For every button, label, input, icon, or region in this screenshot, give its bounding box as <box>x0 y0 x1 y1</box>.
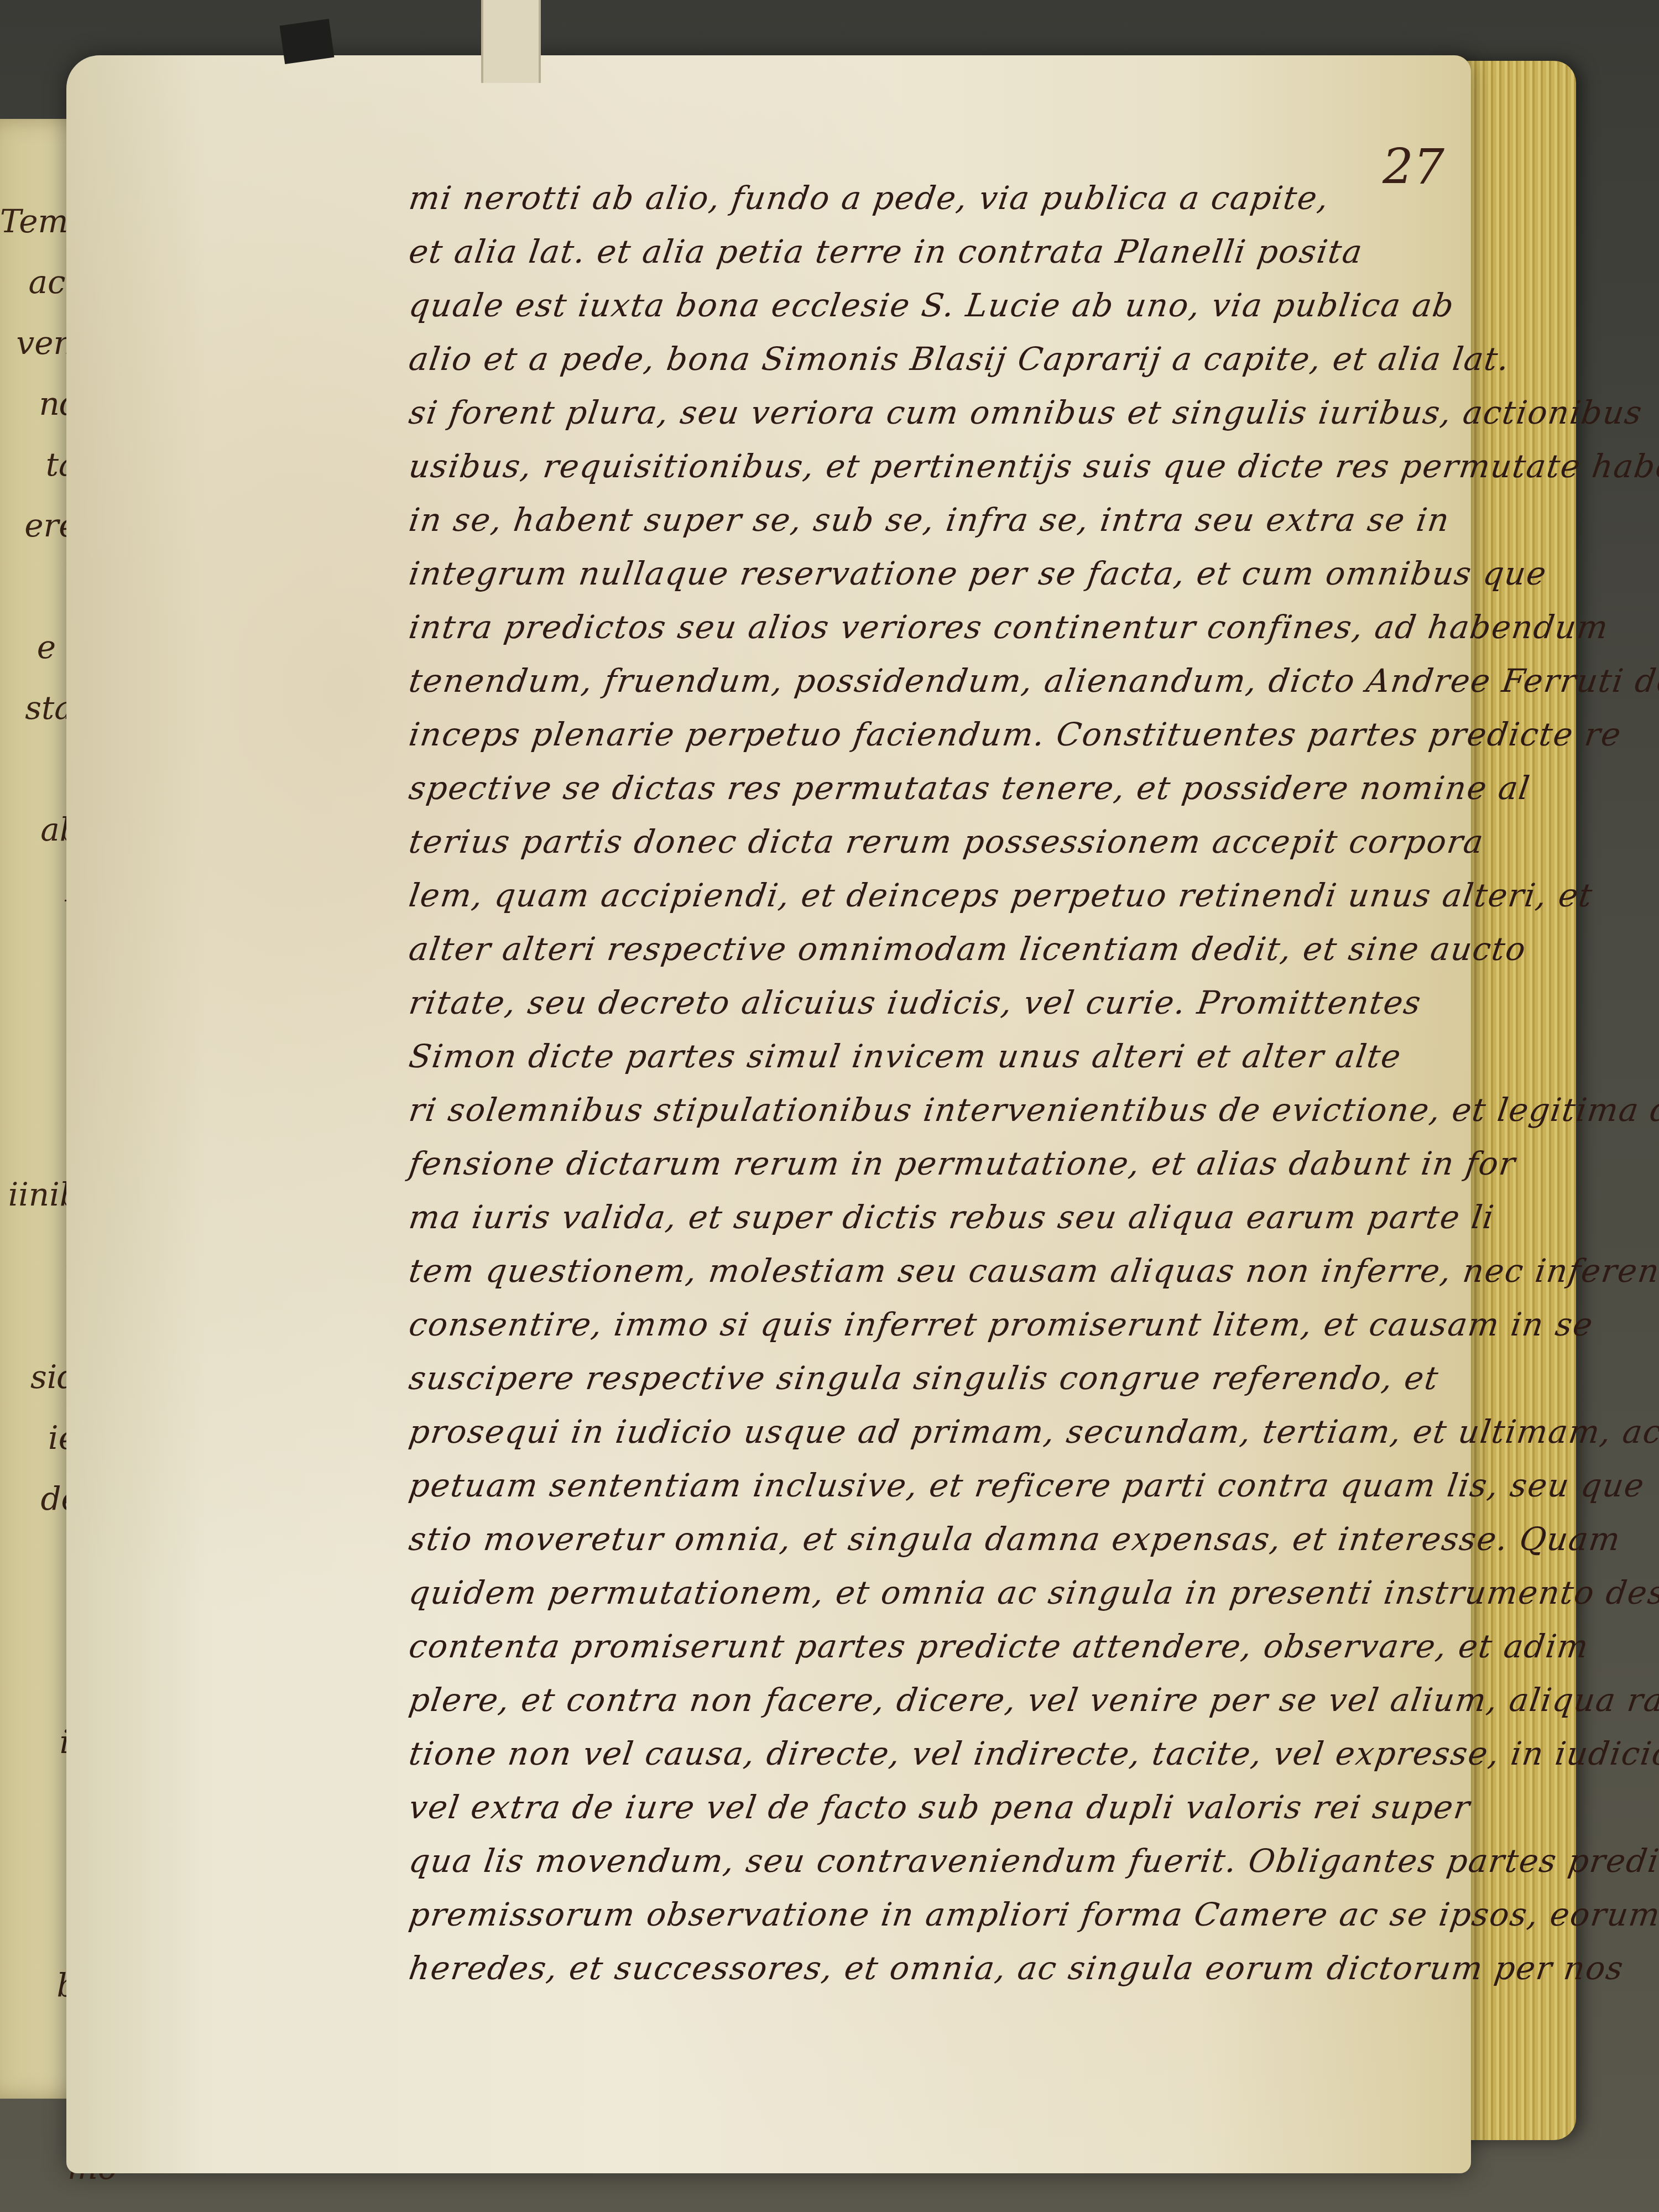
manuscript-line: quale est iuxta bona ecclesie S. Lucie a… <box>405 279 1580 332</box>
manuscript-line: fensione dictarum rerum in permutatione,… <box>405 1137 1580 1191</box>
manuscript-line: vel extra de iure vel de facto sub pena … <box>405 1781 1580 1834</box>
clip-tab <box>280 19 335 64</box>
manuscript-line: quidem permutationem, et omnia ac singul… <box>405 1566 1580 1620</box>
manuscript-line: ritate, seu decreto alicuius iudicis, ve… <box>405 976 1580 1030</box>
manuscript-line: tione non vel causa, directe, vel indire… <box>405 1727 1580 1781</box>
manuscript-line: mi nerotti ab alio, fundo a pede, via pu… <box>405 171 1580 225</box>
manuscript-line: si forent plura, seu veriora cum omnibus… <box>405 386 1580 440</box>
manuscript-line: petuam sententiam inclusive, et reficere… <box>405 1459 1580 1512</box>
bookmark-ribbon <box>481 0 541 83</box>
manuscript-line: qua lis movendum, seu contraveniendum fu… <box>405 1834 1580 1888</box>
manuscript-text: mi nerotti ab alio, fundo a pede, via pu… <box>409 171 1576 1995</box>
manuscript-line: Simon dicte partes simul invicem unus al… <box>405 1030 1580 1083</box>
manuscript-line: suscipere respective singula singulis co… <box>405 1352 1580 1405</box>
manuscript-line: stio moveretur omnia, et singula damna e… <box>405 1512 1580 1566</box>
manuscript-line: terius partis donec dicta rerum possessi… <box>405 815 1580 869</box>
manuscript-line: spective se dictas res permutatas tenere… <box>405 761 1580 815</box>
manuscript-line: ma iuris valida, et super dictis rebus s… <box>405 1191 1580 1244</box>
manuscript-line: tem questionem, molestiam seu causam ali… <box>405 1244 1580 1298</box>
manuscript-line: in se, habent super se, sub se, infra se… <box>405 493 1580 547</box>
manuscript-line: premissorum observatione in ampliori for… <box>405 1888 1580 1942</box>
manuscript-line: inceps plenarie perpetuo faciendum. Cons… <box>405 708 1580 761</box>
manuscript-line: et alia lat. et alia petia terre in cont… <box>405 225 1580 279</box>
manuscript-line: lem, quam accipiendi, et deinceps perpet… <box>405 869 1580 922</box>
manuscript-line: integrum nullaque reservatione per se fa… <box>405 547 1580 601</box>
manuscript-line: tenendum, fruendum, possidendum, alienan… <box>405 654 1580 708</box>
manuscript-line: prosequi in iudicio usque ad primam, sec… <box>405 1405 1580 1459</box>
manuscript-line: usibus, requisitionibus, et pertinentijs… <box>405 440 1580 493</box>
manuscript-line: contenta promiserunt partes predicte att… <box>405 1620 1580 1673</box>
manuscript-line: intra predictos seu alios veriores conti… <box>405 601 1580 654</box>
manuscript-page: 27 mi nerotti ab alio, fundo a pede, via… <box>66 55 1471 2173</box>
manuscript-line: plere, et contra non facere, dicere, vel… <box>405 1673 1580 1727</box>
manuscript-line: alio et a pede, bona Simonis Blasij Capr… <box>405 332 1580 386</box>
manuscript-line: consentire, immo si quis inferret promis… <box>405 1298 1580 1352</box>
manuscript-line: alter alteri respective omnimodam licent… <box>405 922 1580 976</box>
manuscript-line: heredes, et successores, et omnia, ac si… <box>405 1942 1580 1995</box>
manuscript-line: ri solemnibus stipulationibus intervenie… <box>405 1083 1580 1137</box>
